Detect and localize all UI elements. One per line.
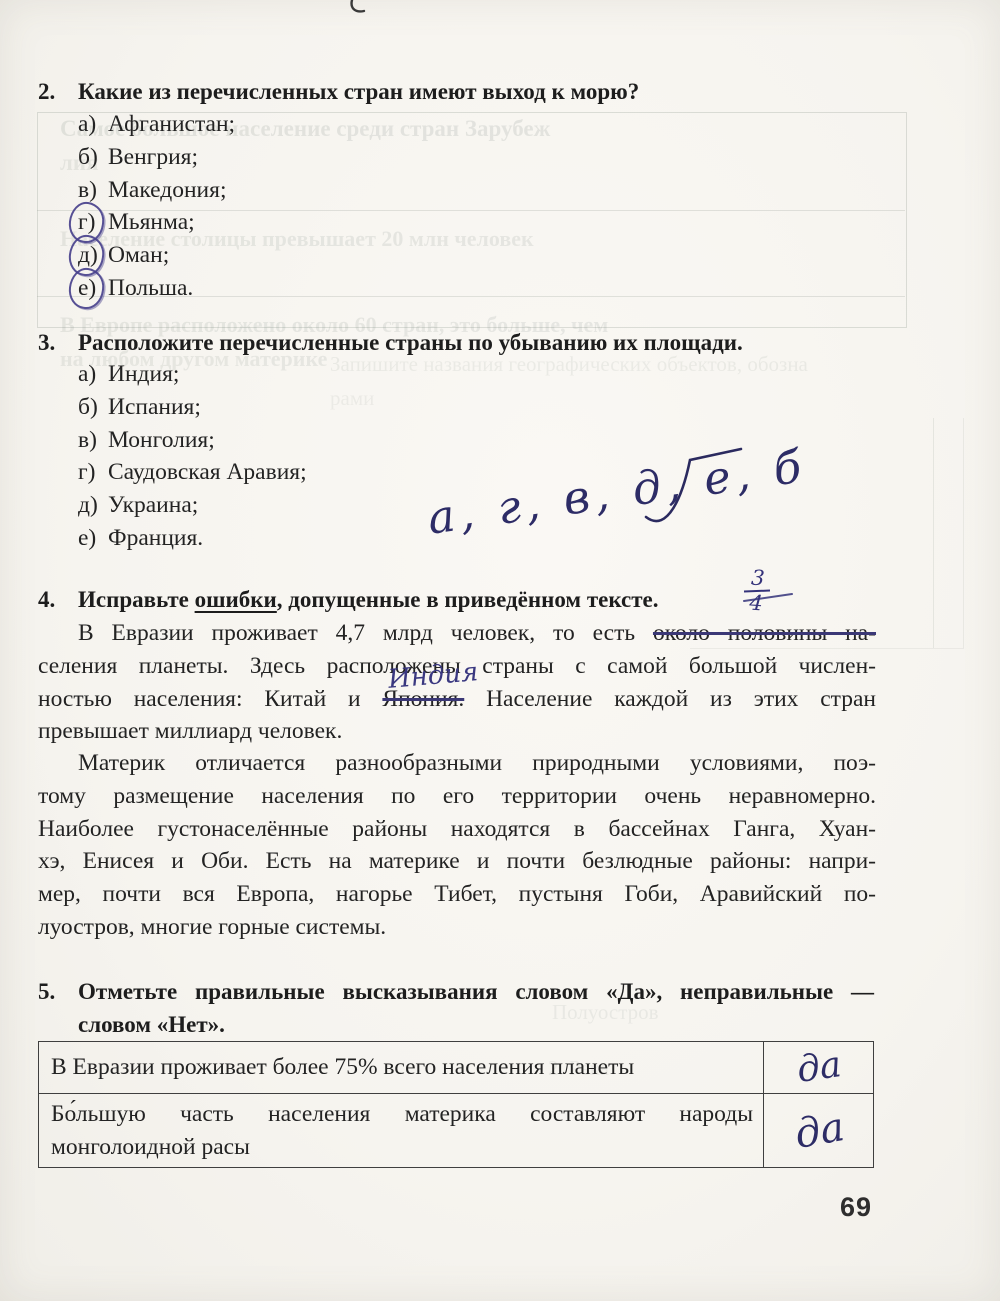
q2-option-0: а)Афганистан; bbox=[78, 108, 235, 141]
title-line: словом «Нет». bbox=[78, 1009, 874, 1042]
option-text: Монголия; bbox=[108, 424, 215, 457]
text-segment: ностью населения: Китай и bbox=[38, 686, 382, 712]
q3-option-2: в)Монголия; bbox=[78, 424, 307, 457]
ghost-vertical-rule bbox=[963, 418, 964, 648]
option-text: Польша. bbox=[108, 272, 193, 305]
q3-option-1: б)Испания; bbox=[78, 391, 307, 424]
pen-mark-top-edge bbox=[352, 0, 364, 11]
option-letter: г) bbox=[78, 456, 108, 489]
text-segment: В Евразии проживает 4,7 млрд человек, то… bbox=[78, 620, 653, 646]
fraction-numerator: 3 bbox=[744, 567, 771, 590]
scanned-workbook-page: Самое большое население среди стран Зару… bbox=[0, 0, 1000, 1301]
question-2-title: Какие из перечисленных стран имеют выход… bbox=[78, 76, 639, 108]
q3-option-3: г)Саудовская Аравия; bbox=[78, 456, 307, 489]
handwritten-answer-yes: да bbox=[791, 1104, 847, 1158]
option-text: Афганистан; bbox=[108, 108, 235, 141]
option-letter: а) bbox=[78, 108, 108, 141]
q3-option-5: е)Франция. bbox=[78, 522, 307, 555]
question-2-number: 2. bbox=[38, 76, 78, 108]
question-2-heading: 2. Какие из перечисленных стран имеют вы… bbox=[38, 76, 639, 108]
title-segment: Исправьте bbox=[78, 587, 195, 612]
table-row: Бо́льшую часть населения материка состав… bbox=[39, 1094, 874, 1168]
q2-option-4: д)Оман; bbox=[78, 239, 235, 272]
option-letter: г) bbox=[78, 206, 108, 239]
paragraph-line: В Евразии проживает 4,7 млрд человек, то… bbox=[38, 617, 876, 650]
paragraph-line: тому размещение населения по его террито… bbox=[38, 780, 876, 813]
question-4-number: 4. bbox=[38, 584, 78, 616]
q3-option-0: а)Индия; bbox=[78, 358, 307, 391]
option-letter: д) bbox=[78, 239, 108, 272]
q2-option-3: г)Мьянма; bbox=[78, 206, 235, 239]
table-row: В Евразии проживает более 75% всего насе… bbox=[39, 1042, 874, 1094]
option-text: Мьянма; bbox=[108, 206, 195, 239]
paragraph-line: Материк отличается разнообразными природ… bbox=[38, 747, 876, 780]
statement-cell: В Евразии проживает более 75% всего насе… bbox=[39, 1042, 764, 1094]
question-3-number: 3. bbox=[38, 327, 78, 359]
option-text: Македония; bbox=[108, 174, 226, 207]
struck-text: около половины на- bbox=[653, 620, 876, 646]
corrected-word-wrap: Япония.Индия bbox=[382, 686, 464, 712]
title-underlined-word: ошибки bbox=[195, 587, 277, 612]
ghost-vertical-rule bbox=[933, 418, 934, 648]
question-3-options: а)Индия; б)Испания; в)Монголия; г)Саудов… bbox=[78, 358, 307, 555]
question-4-heading: 4. Исправьте ошибки, допущенные в привед… bbox=[38, 584, 659, 616]
q2-option-2: в)Македония; bbox=[78, 174, 235, 207]
q4-paragraph-1: В Евразии проживает 4,7 млрд человек, то… bbox=[38, 617, 876, 748]
statement-cell: Бо́льшую часть населения материка состав… bbox=[39, 1094, 764, 1168]
paragraph-line: Наиболее густонаселённые районы находятс… bbox=[38, 813, 876, 846]
fraction-denominator: 4 bbox=[742, 592, 769, 615]
option-letter: д) bbox=[78, 489, 108, 522]
option-letter: е) bbox=[78, 522, 108, 555]
title-segment: , допущенные в приведённом тексте. bbox=[277, 587, 659, 612]
paragraph-line: мер, почти вся Европа, нагорье Тибет, пу… bbox=[38, 878, 876, 911]
option-text: Индия; bbox=[108, 358, 179, 391]
question-5-number: 5. bbox=[38, 976, 78, 1042]
paragraph-line: хэ, Енисея и Оби. Есть на материке и поч… bbox=[38, 845, 876, 878]
q2-option-1: б)Венгрия; bbox=[78, 141, 235, 174]
title-line: Отметьте правильные высказывания словом … bbox=[78, 976, 874, 1009]
option-text: Оман; bbox=[108, 239, 169, 272]
option-text: Франция. bbox=[108, 522, 203, 555]
answer-cell: да bbox=[764, 1042, 874, 1094]
option-letter: а) bbox=[78, 358, 108, 391]
question-5-heading: 5. Отметьте правильные высказывания слов… bbox=[38, 976, 874, 1042]
option-letter: в) bbox=[78, 174, 108, 207]
option-letter: в) bbox=[78, 424, 108, 457]
option-text: Венгрия; bbox=[108, 141, 198, 174]
answer-cell: да bbox=[764, 1094, 874, 1168]
option-text: Испания; bbox=[108, 391, 201, 424]
q4-paragraph-2: Материк отличается разнообразными природ… bbox=[38, 747, 876, 944]
text-segment: Население каждой из этих стран bbox=[464, 686, 876, 712]
page-number: 69 bbox=[840, 1192, 872, 1223]
question-4-title: Исправьте ошибки, допущенные в приведённ… bbox=[78, 584, 659, 616]
question-3-title: Расположите перечисленные страны по убыв… bbox=[78, 327, 743, 359]
option-letter: б) bbox=[78, 391, 108, 424]
statement-text: В Евразии проживает более 75% всего насе… bbox=[51, 1051, 753, 1084]
paragraph-line: луостров, многие горные системы. bbox=[38, 911, 876, 944]
ghost-text: рами bbox=[330, 386, 890, 411]
q2-option-5: е)Польша. bbox=[78, 272, 235, 305]
statement-text: монголоидной расы bbox=[51, 1131, 753, 1164]
q3-option-4: д)Украина; bbox=[78, 489, 307, 522]
statement-text: Бо́льшую часть населения материка состав… bbox=[51, 1098, 753, 1131]
handwritten-answer-yes: да bbox=[795, 1044, 845, 1091]
paragraph-line: ностью населения: Китай и Япония.Индия Н… bbox=[38, 683, 876, 716]
question-2-options: а)Афганистан; б)Венгрия; в)Македония; г)… bbox=[78, 108, 235, 305]
question-3-heading: 3. Расположите перечисленные страны по у… bbox=[38, 327, 743, 359]
option-letter: е) bbox=[78, 272, 108, 305]
question-5-title: Отметьте правильные высказывания словом … bbox=[78, 976, 874, 1042]
paragraph-line: превышает миллиард человек. bbox=[38, 715, 876, 748]
handwritten-fraction: 3 4 bbox=[742, 567, 771, 615]
handwritten-q3-answer: а, г, в, д, е, б bbox=[424, 446, 758, 544]
option-text: Саудовская Аравия; bbox=[108, 456, 307, 489]
option-text: Украина; bbox=[108, 489, 198, 522]
yes-no-table: В Евразии проживает более 75% всего насе… bbox=[38, 1041, 874, 1168]
option-letter: б) bbox=[78, 141, 108, 174]
